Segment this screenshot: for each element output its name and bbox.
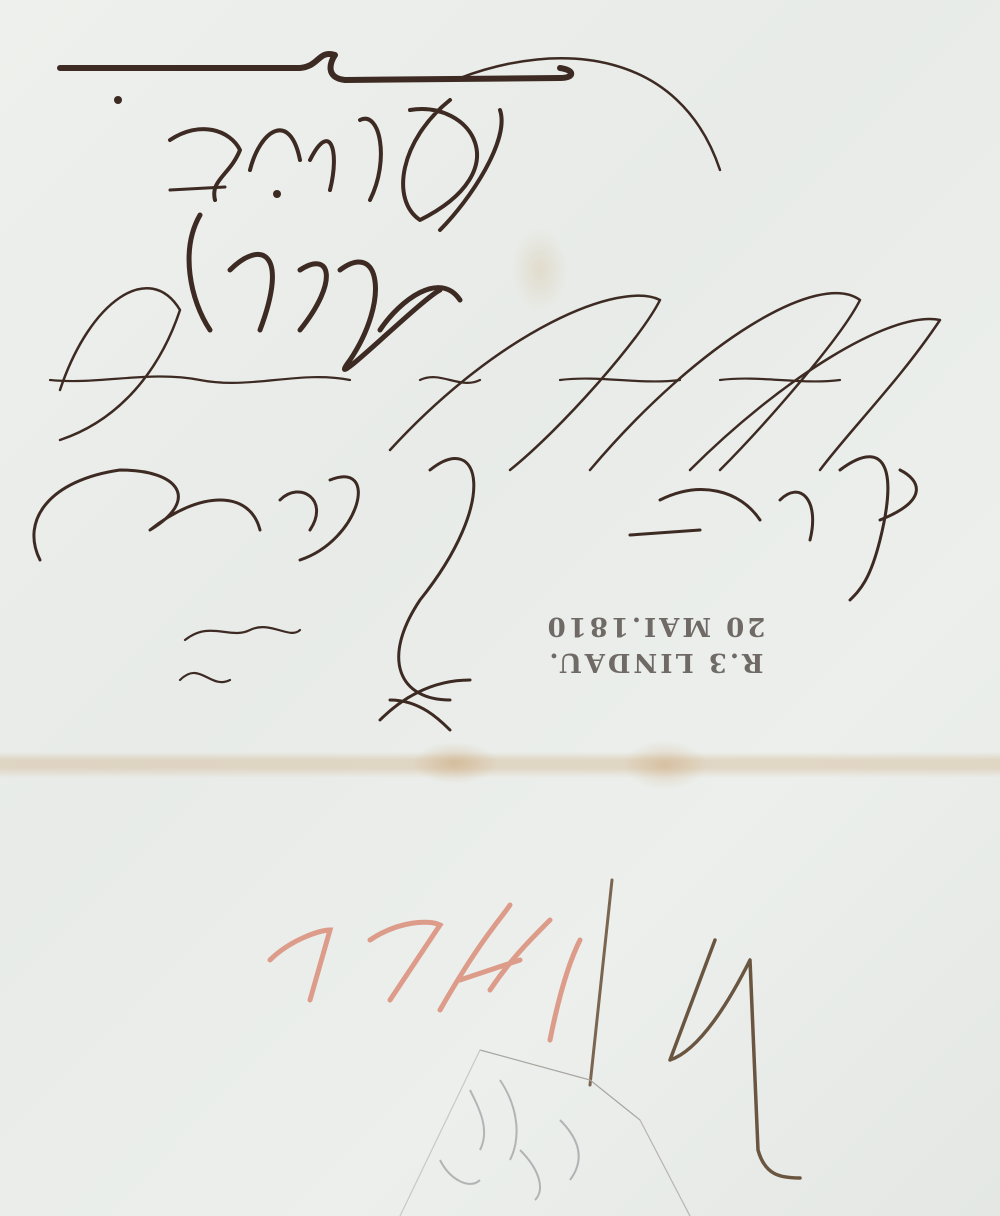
postmark-line-2: 20 MAI.1810: [455, 608, 855, 644]
herrn-word: [189, 215, 460, 369]
red-crayon-marking: [270, 905, 580, 1040]
postmark-line-1: R.3 LINDAU.: [455, 644, 855, 680]
ink-numeral: [670, 940, 800, 1178]
merchant-line: [50, 376, 840, 382]
letter-cover: R.3 LINDAU. 20 MAI.1810 Wien. Herrn Joha…: [0, 0, 1000, 1216]
wien-word: [170, 100, 502, 230]
lindau-postmark: R.3 LINDAU. 20 MAI.1810: [455, 570, 855, 680]
johan-mayr-line: [34, 459, 474, 700]
faded-docket: [440, 1080, 579, 1200]
